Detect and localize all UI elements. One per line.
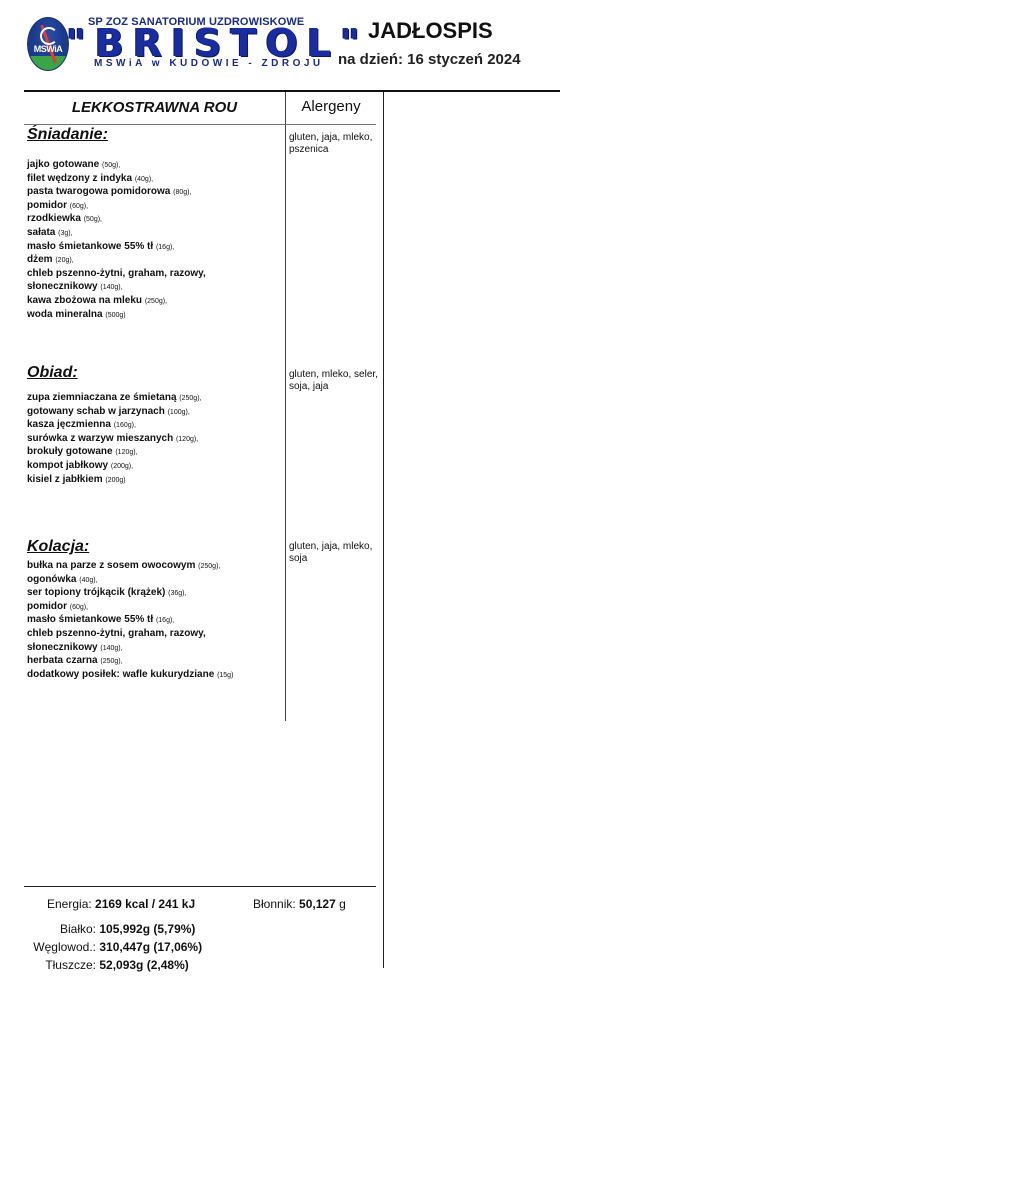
menu-item-quantity: (160g),: [114, 422, 136, 429]
menu-item-quantity: (50g),: [102, 162, 120, 169]
menu-item: gotowany schab w jarzynach (100g),: [27, 406, 282, 420]
menu-item: ogonówka (40g),: [27, 574, 282, 588]
logo-name: "BRISTOL": [66, 23, 369, 63]
menu-item: pomidor (60g),: [27, 601, 282, 615]
energy-value: 2169 kcal / 241 kJ: [95, 897, 195, 911]
allergens-dinner: gluten, jaja, mleko, soja: [289, 541, 379, 564]
menu-item-quantity: (36g),: [168, 590, 186, 597]
menu-item: woda mineralna (500g): [27, 309, 282, 323]
emblem-text: MSWiA: [28, 44, 68, 54]
menu-item-name: jajko gotowane: [27, 159, 99, 170]
menu-item-quantity: (140g),: [100, 645, 122, 652]
menu-item-quantity: (140g),: [100, 284, 122, 291]
menu-item-name: brokuły gotowane: [27, 446, 113, 457]
menu-item-quantity: (15g): [217, 672, 233, 679]
carbs-label: Węglowod.:: [25, 940, 96, 954]
menu-item-name: woda mineralna: [27, 309, 103, 320]
menu-item-name: ogonówka: [27, 574, 76, 585]
menu-item-quantity: (60g),: [70, 203, 88, 210]
menu-item: pomidor (60g),: [27, 200, 282, 214]
menu-item-name: dodatkowy posiłek: wafle kukurydziane: [27, 669, 214, 680]
page-title: JADŁOSPIS: [368, 18, 493, 44]
energy-label: Energia:: [47, 897, 92, 911]
menu-item-quantity: (60g),: [70, 604, 88, 611]
menu-item-quantity: (80g),: [173, 189, 191, 196]
energy-row: Energia: 2169 kcal / 241 kJ: [47, 897, 195, 911]
menu-item-quantity: (250g),: [145, 298, 167, 305]
menu-item-quantity: (200g): [105, 477, 125, 484]
fiber-row: Błonnik: 50,127 g: [253, 897, 346, 911]
menu-item-name: filet wędzony z indyka: [27, 173, 135, 184]
meal-heading-breakfast: Śniadanie:: [27, 126, 108, 144]
menu-item: masło śmietankowe 55% tł (16g),: [27, 614, 282, 628]
allergens-header: Alergeny: [286, 98, 376, 115]
menu-item-name: masło śmietankowe 55% tł: [27, 241, 153, 252]
menu-item-quantity: (16g),: [156, 617, 174, 624]
fat-row: Tłuszcze: 52,093g (2,48%): [40, 958, 189, 972]
fiber-label: Błonnik:: [253, 897, 296, 911]
menu-item-quantity: (40g),: [79, 577, 97, 584]
menu-item: chleb pszenno-żytni, graham, razowy,: [27, 268, 282, 282]
mswia-emblem-icon: MSWiA: [27, 17, 69, 71]
menu-item-name: masło śmietankowe 55% tł: [27, 614, 153, 625]
menu-item-quantity: (100g),: [168, 409, 190, 416]
allergens-lunch: gluten, mleko, seler, soja, jaja: [289, 369, 379, 392]
menu-item: masło śmietankowe 55% tł (16g),: [27, 241, 282, 255]
menu-item-name: kawa zbożowa na mleku: [27, 295, 142, 306]
menu-item-name: gotowany schab w jarzynach: [27, 406, 165, 417]
meal-items-lunch: zupa ziemniaczana ze śmietaną (250g),got…: [27, 392, 282, 487]
menu-item: brokuły gotowane (120g),: [27, 446, 282, 460]
menu-item-name: pomidor: [27, 601, 67, 612]
menu-item-quantity: (250g),: [179, 395, 201, 402]
menu-item-name: herbata czarna: [27, 655, 98, 666]
carbs-value: 310,447g (17,06%): [99, 940, 202, 954]
menu-item: dodatkowy posiłek: wafle kukurydziane (1…: [27, 669, 282, 683]
menu-item-name: zupa ziemniaczana ze śmietaną: [27, 392, 177, 403]
fat-value: 52,093g (2,48%): [99, 958, 188, 972]
menu-item-name: słonecznikowy: [27, 281, 98, 292]
menu-date: na dzień: 16 styczeń 2024: [338, 51, 521, 68]
menu-item-quantity: (250g),: [198, 563, 220, 570]
meal-heading-dinner: Kolacja:: [27, 538, 89, 556]
menu-item-name: rzodkiewka: [27, 213, 81, 224]
menu-item-name: bułka na parze z sosem owocowym: [27, 560, 195, 571]
menu-item: słonecznikowy (140g),: [27, 281, 282, 295]
menu-item-quantity: (16g),: [156, 244, 174, 251]
menu-item-quantity: (50g),: [84, 216, 102, 223]
carbs-row: Węglowod.: 310,447g (17,06%): [25, 940, 202, 954]
emblem-green-field: [28, 56, 68, 70]
right-column-divider: [383, 92, 384, 968]
menu-item-name: kompot jabłkowy: [27, 460, 111, 471]
menu-item: herbata czarna (250g),: [27, 655, 282, 669]
menu-item-quantity: (200g),: [111, 463, 133, 470]
allergen-column-divider: [285, 92, 286, 721]
menu-item-quantity: (500g): [105, 312, 125, 319]
menu-item: zupa ziemniaczana ze śmietaną (250g),: [27, 392, 282, 406]
menu-item-quantity: (40g),: [135, 176, 153, 183]
protein-row: Białko: 105,992g (5,79%): [56, 922, 256, 936]
logo-bottom-line: MSWiA w KUDOWIE - ZDROJU: [94, 58, 324, 69]
menu-item: bułka na parze z sosem owocowym (250g),: [27, 560, 282, 574]
meal-items-breakfast: jajko gotowane (50g),filet wędzony z ind…: [27, 159, 282, 322]
menu-item-name: kisiel z jabłkiem: [27, 474, 103, 485]
header-underline: [24, 124, 376, 125]
menu-item: kasza jęczmienna (160g),: [27, 419, 282, 433]
menu-item: dżem (20g),: [27, 254, 282, 268]
menu-item: pasta twarogowa pomidorowa (80g),: [27, 186, 282, 200]
fiber-unit: g: [339, 897, 346, 911]
menu-item-name: pasta twarogowa pomidorowa: [27, 186, 170, 197]
menu-item-name: pomidor: [27, 200, 67, 211]
menu-item: kompot jabłkowy (200g),: [27, 460, 282, 474]
menu-item-quantity: (120g),: [176, 436, 198, 443]
menu-item-quantity: (250g),: [100, 658, 122, 665]
protein-label: Białko:: [56, 922, 96, 936]
fiber-value: 50,127: [299, 897, 336, 911]
menu-item: ser topiony trójkącik (krążek) (36g),: [27, 587, 282, 601]
diet-title: LEKKOSTRAWNA ROU: [24, 99, 285, 116]
menu-item-quantity: (3g),: [58, 230, 72, 237]
menu-item: słonecznikowy (140g),: [27, 642, 282, 656]
top-rule: [24, 90, 560, 92]
menu-item-name: dżem: [27, 254, 55, 265]
menu-item-quantity: (120g),: [115, 449, 137, 456]
menu-item: filet wędzony z indyka (40g),: [27, 173, 282, 187]
menu-item-name: sałata: [27, 227, 55, 238]
fat-label: Tłuszcze:: [40, 958, 96, 972]
emblem-snake: [40, 27, 58, 45]
menu-item-name: chleb pszenno-żytni, graham, razowy,: [27, 628, 206, 639]
menu-item-name: surówka z warzyw mieszanych: [27, 433, 173, 444]
menu-item: sałata (3g),: [27, 227, 282, 241]
menu-item: jajko gotowane (50g),: [27, 159, 282, 173]
menu-item-quantity: (20g),: [55, 257, 73, 264]
menu-item: chleb pszenno-żytni, graham, razowy,: [27, 628, 282, 642]
menu-item-name: kasza jęczmienna: [27, 419, 111, 430]
menu-item: rzodkiewka (50g),: [27, 213, 282, 227]
menu-item-name: ser topiony trójkącik (krążek): [27, 587, 165, 598]
meal-items-dinner: bułka na parze z sosem owocowym (250g),o…: [27, 560, 282, 682]
allergens-breakfast: gluten, jaja, mleko, pszenica: [289, 132, 379, 155]
menu-item: kawa zbożowa na mleku (250g),: [27, 295, 282, 309]
protein-value: 105,992g (5,79%): [99, 922, 195, 936]
menu-item-name: słonecznikowy: [27, 642, 98, 653]
nutrition-rule: [24, 886, 376, 887]
meal-heading-lunch: Obiad:: [27, 364, 78, 382]
menu-item-name: chleb pszenno-żytni, graham, razowy,: [27, 268, 206, 279]
menu-item: surówka z warzyw mieszanych (120g),: [27, 433, 282, 447]
menu-item: kisiel z jabłkiem (200g): [27, 474, 282, 488]
